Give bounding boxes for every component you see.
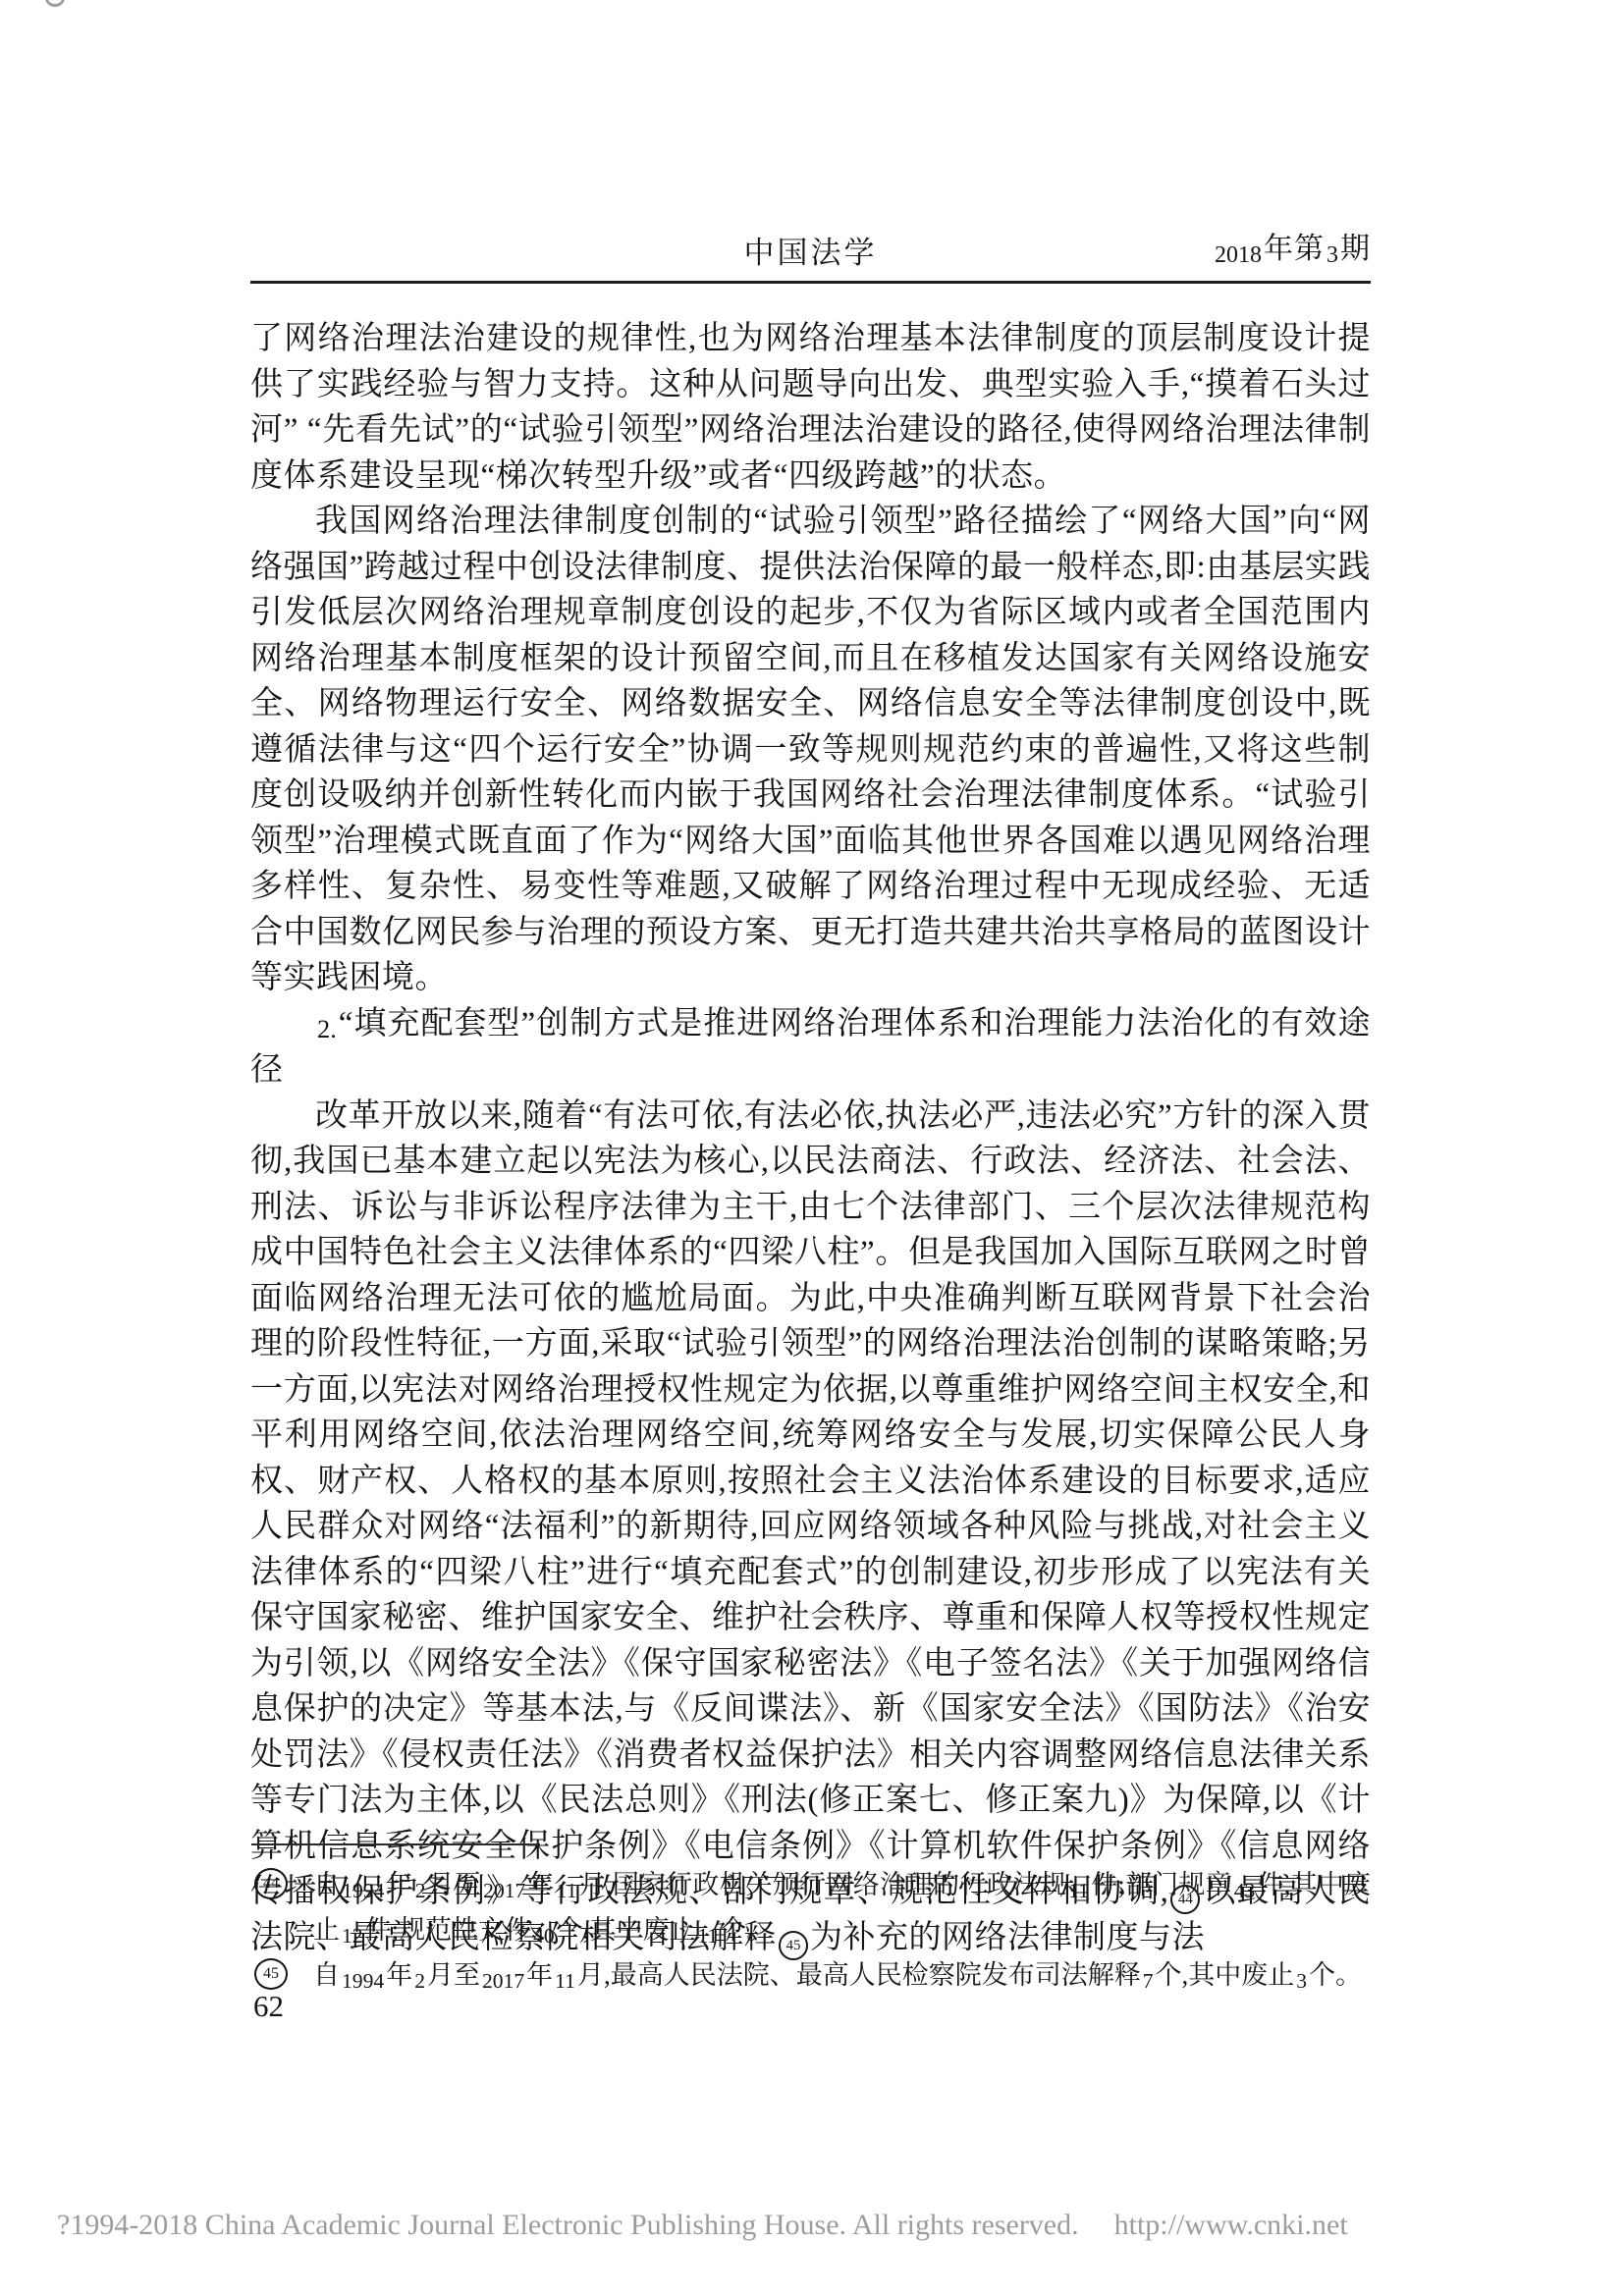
paragraph-continuation: 了网络治理法治建设的规律性,也为网络治理基本法律制度的顶层制度设计提供了实践经验…	[250, 316, 1371, 499]
footnote-row-45: 45 自1994年2月至2017年11月,最高人民法院、最高人民检察院发布司法解…	[250, 1953, 1371, 1999]
cnki-url: http://www.cnki.net	[1114, 2209, 1348, 2241]
paragraph-fill-supporting: 改革开放以来,随着“有法可依,有法必依,执法必严,违法必究”方针的深入贯彻,我国…	[250, 1094, 1371, 1961]
page-header: 中国法学 2018年第3期	[250, 222, 1371, 277]
copyright-text: ?1994-2018 China Academic Journal Electr…	[57, 2209, 1079, 2241]
footnote-44-marker: 44	[254, 1868, 288, 1899]
paragraph-trial-leading-path: 我国网络治理法律制度创制的“试验引领型”路径描绘了“网络大国”向“网络强国”跨越…	[250, 499, 1371, 1001]
header-rule	[250, 281, 1371, 284]
page-number: 62	[253, 1989, 284, 2024]
footnotes: 44 自1994年2月至2017年11月,国家行政机关颁行网络治理的行政法规11…	[250, 1863, 1371, 1999]
scan-artifact	[45, 0, 65, 7]
footnote-45-marker: 45	[254, 1958, 288, 1990]
footnote-45-text: 自1994年2月至2017年11月,最高人民法院、最高人民检察院发布司法解释7个…	[313, 1953, 1371, 1999]
cnki-footer: ?1994-2018 China Academic Journal Electr…	[57, 2209, 1589, 2242]
footnote-44-text: 自1994年2月至2017年11月,国家行政机关颁行网络治理的行政法规11件;部…	[313, 1863, 1371, 1953]
journal-page: 中国法学 2018年第3期 了网络治理法治建设的规律性,也为网络治理基本法律制度…	[0, 0, 1624, 2296]
issue-label: 2018年第3期	[1213, 224, 1371, 267]
section-heading-2: 2.“填充配套型”创制方式是推进网络治理体系和治理能力法治化的有效途径	[250, 1001, 1371, 1094]
article-body: 了网络治理法治建设的规律性,也为网络治理基本法律制度的顶层制度设计提供了实践经验…	[250, 316, 1371, 1960]
footnote-separator	[251, 1843, 540, 1845]
journal-title: 中国法学	[250, 228, 1371, 272]
footnote-row-44: 44 自1994年2月至2017年11月,国家行政机关颁行网络治理的行政法规11…	[250, 1863, 1371, 1953]
